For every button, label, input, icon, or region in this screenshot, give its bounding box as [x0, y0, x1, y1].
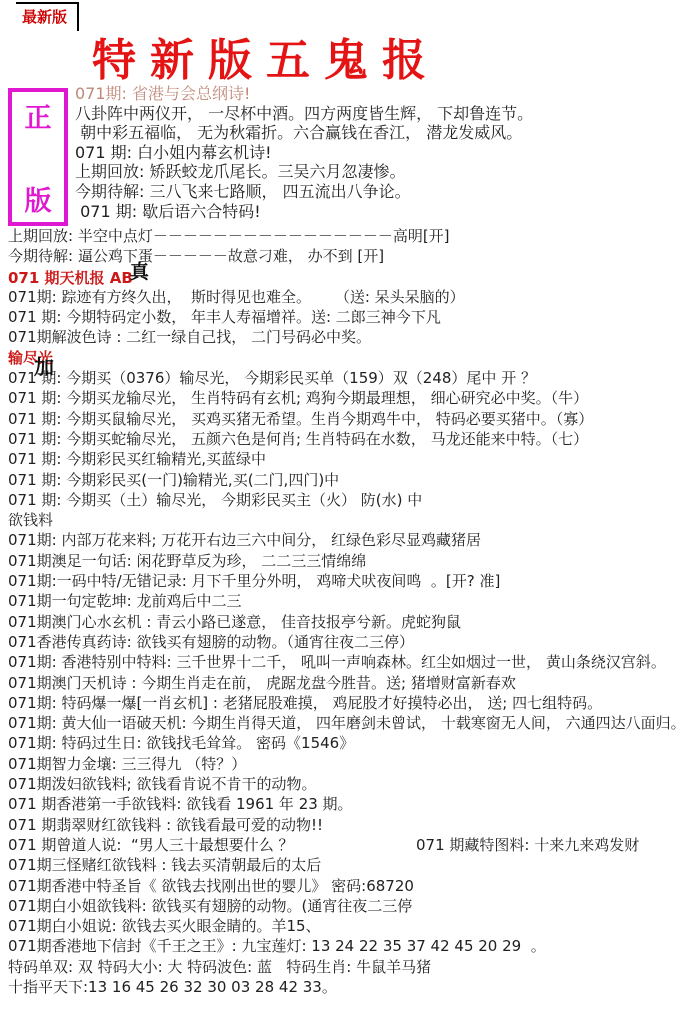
line-text: 071期解波色诗 : 二红一绿自己找， 二门号码必中奖。 [8, 328, 371, 346]
line-text: 071 期香港第一手欲钱料: 欲钱看 1961 年 23 期。 [8, 795, 353, 813]
line-text: 欲钱料 [8, 511, 53, 529]
line-text: 071 期: 今期买（0376）输尽光， 今期彩民买单（159）双（248）尾中… [8, 369, 536, 387]
line-text: 071 期: 今期买蛇输尽光， 五颜六色是何肖; 生肖特码在水数， 马龙还能来中… [8, 430, 588, 448]
intro-line: 上期回放: 矫跃蛟龙爪尾长。三吴六月忽凄惨。 [75, 162, 690, 182]
line-text: 071期三怪赌红欲钱料 : 钱去买清朝最后的太后 [8, 856, 321, 874]
line-text: 071 期: 白小姐内幕玄机诗! [75, 143, 272, 162]
body-line: 071 期: 今期买蛇输尽光， 五颜六色是何肖; 生肖特码在水数， 马龙还能来中… [8, 429, 693, 449]
line-text: 071 期: 今期彩民买(一门)输精光,买(二门,四门)中 [8, 471, 339, 489]
overprint-char: 加 [34, 357, 52, 377]
body-line: 071期: 特码过生日: 欲钱找毛耸耸。 密码《1546》 [8, 733, 693, 753]
line-text: 071 期天机报 AB [8, 269, 133, 287]
body-line: 071 期: 今期买（0376）输尽光， 今期彩民买单（159）双（248）尾中… [8, 368, 693, 388]
line-text: 071期澳门天机诗 : 今期生肖走在前， 虎踞龙盘今胜昔。送; 猪增财富新春欢 [8, 674, 516, 692]
body-text-block: 上期回放: 半空中点灯－－－－－－－－－－－－－－－－高明[开]今期待解: 逼公… [8, 226, 693, 997]
line-text: 071 期曾道人说: “男人三十最想要什么 ？ [8, 836, 294, 854]
body-line: 071期澳足一句话: 闲花野草反为珍， 二二三三情绵绵 [8, 551, 693, 571]
body-line: 071期香港地下信封《千王之王》: 九宝莲灯: 13 24 22 35 37 4… [8, 936, 693, 956]
body-line: 071 期: 今期买龙输尽光， 生肖特码有玄机; 鸡狗今期最理想， 细心研究必中… [8, 388, 693, 408]
body-line: 071香港传真药诗: 欲钱买有翅膀的动物。（通宵往夜二三停） [8, 632, 693, 652]
line-text: 071期: 特码爆一爆[一肖玄机] : 老猪屁股难摸， 鸡屁股才好摸特必出， 送… [8, 694, 602, 712]
body-line: 071 期天机报 AB真 [8, 267, 693, 287]
body-line: 欲钱料 [8, 510, 693, 530]
line-text: 八卦阵中两仪开， 一尽杯中酒。四方两度皆生辉， 下却鲁连节。 [75, 104, 533, 123]
body-line: 071期:一码中特/无错记录: 月下千里分外明， 鸡啼犬吠夜间鸣 。[开? 准] [8, 571, 693, 591]
line-text: 071期香港中特圣旨《 欲钱去找刚出世的婴儿》 密码:68720 [8, 877, 414, 895]
line-text: 071 期: 歇后语六合特码! [75, 202, 261, 221]
intro-poem-block: 071期: 省港与会总纲诗!八卦阵中两仪开， 一尽杯中酒。四方两度皆生辉， 下却… [75, 84, 690, 221]
line-text: 071期智力金壤: 三三得九 （特？） [8, 755, 246, 773]
genuine-stamp: 正 版 [8, 88, 68, 226]
line-text: 071期一句定乾坤: 龙前鸡后中二三 [8, 592, 241, 610]
body-line: 071 期: 今期彩民买红输精光,买蓝绿中 [8, 449, 693, 469]
body-line: 071期: 踪迹有方终久出， 斯时得见也难全。 （送: 呆头呆脑的） [8, 287, 693, 307]
intro-line: 071 期: 白小姐内幕玄机诗! [75, 143, 690, 163]
intro-line: 朝中彩五福临， 无为秋霜折。六合赢钱在香江， 潜龙发威风。 [75, 123, 690, 143]
line-text: 071期澳足一句话: 闲花野草反为珍， 二二三三情绵绵 [8, 552, 366, 570]
page-title-text: 特新版五鬼报 [92, 35, 440, 86]
line-text: 071期澳门心水玄机 : 青云小路已遂意， 佳音技报亭兮新。虎蛇狗鼠 [8, 613, 461, 631]
line-text: 今期待解: 三八飞来七路顺， 四五流出八争论。 [75, 182, 411, 201]
body-line: 071期: 特码爆一爆[一肖玄机] : 老猪屁股难摸， 鸡屁股才好摸特必出， 送… [8, 693, 693, 713]
body-line: 071期白小姐说: 欲钱去买火眼金睛的。羊15、 [8, 916, 693, 936]
line-text: 071期:一码中特/无错记录: 月下千里分外明， 鸡啼犬吠夜间鸣 。[开? 准] [8, 572, 500, 590]
body-line: 071期: 黄大仙一语破天机: 今期生肖得天道， 四年磨剑未曾试， 十载寒窗无人… [8, 713, 693, 733]
body-line: 071期一句定乾坤: 龙前鸡后中二三 [8, 591, 693, 611]
stamp-char-top: 正 [25, 96, 52, 135]
body-line: 071期智力金壤: 三三得九 （特？） [8, 754, 693, 774]
overprint-char: 真 [130, 261, 149, 283]
line-text: 上期回放: 矫跃蛟龙爪尾长。三吴六月忽凄惨。 [75, 162, 405, 181]
line-text: 071期: 省港与会总纲诗! [75, 84, 250, 103]
line-text: 特码单双: 双 特码大小: 大 特码波色: 蓝 特码生肖: 牛鼠羊马猪 [8, 958, 431, 976]
body-line: 071 期曾道人说: “男人三十最想要什么 ？071 期藏特图料: 十来九来鸡发… [8, 835, 693, 855]
body-line: 071 期香港第一手欲钱料: 欲钱看 1961 年 23 期。 [8, 794, 693, 814]
line-text: 071期白小姐欲钱料: 欲钱买有翅膀的动物。(通宵往夜二三停 [8, 897, 412, 915]
body-line: 071期: 内部万花来料; 万花开右边三六中间分， 红绿色彩尽显鸡藏猪居 [8, 530, 693, 550]
body-line: 今期待解: 逼公鸡下蛋－－－－－故意刁难， 办不到 [开] [8, 246, 693, 266]
body-line: 071 期: 今期彩民买(一门)输精光,买(二门,四门)中 [8, 470, 693, 490]
line-text: 朝中彩五福临， 无为秋霜折。六合赢钱在香江， 潜龙发威风。 [75, 123, 522, 142]
body-line: 071期白小姐欲钱料: 欲钱买有翅膀的动物。(通宵往夜二三停 [8, 896, 693, 916]
body-line: 071 期: 今期买（土）输尽光， 今期彩民买主（火） 防(水) 中 [8, 490, 693, 510]
body-line: 071期澳门心水玄机 : 青云小路已遂意， 佳音技报亭兮新。虎蛇狗鼠 [8, 612, 693, 632]
line-text: 071 期: 今期彩民买红输精光,买蓝绿中 [8, 450, 266, 468]
body-line: 输尽光加 [8, 348, 693, 368]
page-title: 特新版五鬼报 [92, 24, 440, 88]
body-line: 上期回放: 半空中点灯－－－－－－－－－－－－－－－－高明[开] [8, 226, 693, 246]
line-text: 071期: 香港特别中特料: 三千世界十二千， 吼叫一声响森林。红尘如烟过一世，… [8, 653, 666, 671]
line-text: 071期泼妇欲钱料; 欲钱看肯说不肯干的动物。 [8, 775, 316, 793]
line-text: 071 期翡翠财红欲钱料 : 欲钱看最可爱的动物!! [8, 816, 323, 834]
intro-line: 八卦阵中两仪开， 一尽杯中酒。四方两度皆生辉， 下却鲁连节。 [75, 104, 690, 124]
line-text-right: 071 期藏特图料: 十来九来鸡发财 [416, 835, 639, 855]
body-line: 071 期: 今期特码定小数， 年丰人寿福增祥。送: 二郎三神今下凡 [8, 307, 693, 327]
latest-edition-badge: 最新版 [16, 2, 79, 31]
body-line: 071期解波色诗 : 二红一绿自己找， 二门号码必中奖。 [8, 327, 693, 347]
line-text: 071期白小姐说: 欲钱去买火眼金睛的。羊15、 [8, 917, 321, 935]
body-line: 十指平天下:13 16 45 26 32 30 03 28 42 33。 [8, 977, 693, 997]
line-text: 071 期: 今期特码定小数， 年丰人寿福增祥。送: 二郎三神今下凡 [8, 308, 441, 326]
body-line: 071期澳门天机诗 : 今期生肖走在前， 虎踞龙盘今胜昔。送; 猪增财富新春欢 [8, 673, 693, 693]
line-text: 071 期: 今期买鼠输尽光， 买鸡买猪无希望。生肖今期鸡牛中， 特码必要买猪中… [8, 410, 593, 428]
body-line: 071期: 香港特别中特料: 三千世界十二千， 吼叫一声响森林。红尘如烟过一世，… [8, 652, 693, 672]
body-line: 特码单双: 双 特码大小: 大 特码波色: 蓝 特码生肖: 牛鼠羊马猪 [8, 957, 693, 977]
line-text: 071 期: 今期买（土）输尽光， 今期彩民买主（火） 防(水) 中 [8, 491, 422, 509]
line-text: 071香港传真药诗: 欲钱买有翅膀的动物。（通宵往夜二三停） [8, 633, 414, 651]
latest-edition-label: 最新版 [22, 8, 67, 26]
intro-line: 071期: 省港与会总纲诗! [75, 84, 690, 104]
line-text: 上期回放: 半空中点灯－－－－－－－－－－－－－－－－高明[开] [8, 227, 450, 245]
line-text: 今期待解: 逼公鸡下蛋－－－－－故意刁难， 办不到 [开] [8, 247, 384, 265]
line-text: 071期香港地下信封《千王之王》: 九宝莲灯: 13 24 22 35 37 4… [8, 937, 546, 955]
body-line: 071 期: 今期买鼠输尽光， 买鸡买猪无希望。生肖今期鸡牛中， 特码必要买猪中… [8, 409, 693, 429]
body-line: 071期香港中特圣旨《 欲钱去找刚出世的婴儿》 密码:68720 [8, 876, 693, 896]
line-text: 071期: 内部万花来料; 万花开右边三六中间分， 红绿色彩尽显鸡藏猪居 [8, 531, 481, 549]
line-text: 十指平天下:13 16 45 26 32 30 03 28 42 33。 [8, 978, 337, 996]
body-line: 071 期翡翠财红欲钱料 : 欲钱看最可爱的动物!! [8, 815, 693, 835]
line-text: 071期: 特码过生日: 欲钱找毛耸耸。 密码《1546》 [8, 734, 354, 752]
line-text: 071期: 踪迹有方终久出， 斯时得见也难全。 （送: 呆头呆脑的） [8, 288, 465, 306]
line-text: 071 期: 今期买龙输尽光， 生肖特码有玄机; 鸡狗今期最理想， 细心研究必中… [8, 389, 588, 407]
stamp-char-bottom: 版 [25, 179, 52, 218]
body-line: 071期泼妇欲钱料; 欲钱看肯说不肯干的动物。 [8, 774, 693, 794]
body-line: 071期三怪赌红欲钱料 : 钱去买清朝最后的太后 [8, 855, 693, 875]
line-text: 071期: 黄大仙一语破天机: 今期生肖得天道， 四年磨剑未曾试， 十载寒窗无人… [8, 714, 686, 732]
intro-line: 071 期: 歇后语六合特码! [75, 202, 690, 222]
intro-line: 今期待解: 三八飞来七路顺， 四五流出八争论。 [75, 182, 690, 202]
